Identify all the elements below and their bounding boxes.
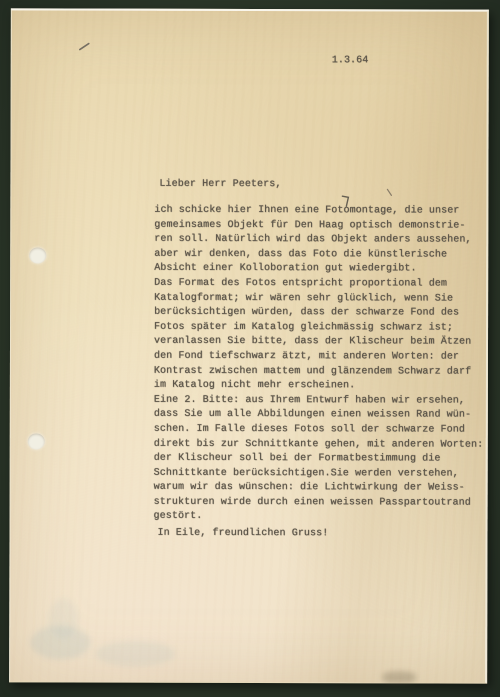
handwritten-hook-mark xyxy=(340,194,352,208)
dark-edge-smudge xyxy=(382,671,416,683)
blue-stain xyxy=(48,598,78,638)
salutation: Lieber Herr Peeters, xyxy=(159,179,281,190)
pencil-stroke-mark xyxy=(78,42,92,52)
blue-stain xyxy=(95,641,175,667)
handwritten-tick-mark xyxy=(386,188,392,196)
letter-page: 1.3.64 Lieber Herr Peeters, ich schicke … xyxy=(9,8,489,683)
closing-line: In Eile, freundlichen Gruss! xyxy=(157,528,328,539)
letter-date: 1.3.64 xyxy=(332,55,369,66)
letter-body: ich schicke hier Ihnen eine Fotomontage,… xyxy=(154,204,500,526)
punch-hole-top xyxy=(29,247,46,263)
punch-hole-bottom xyxy=(28,433,45,449)
